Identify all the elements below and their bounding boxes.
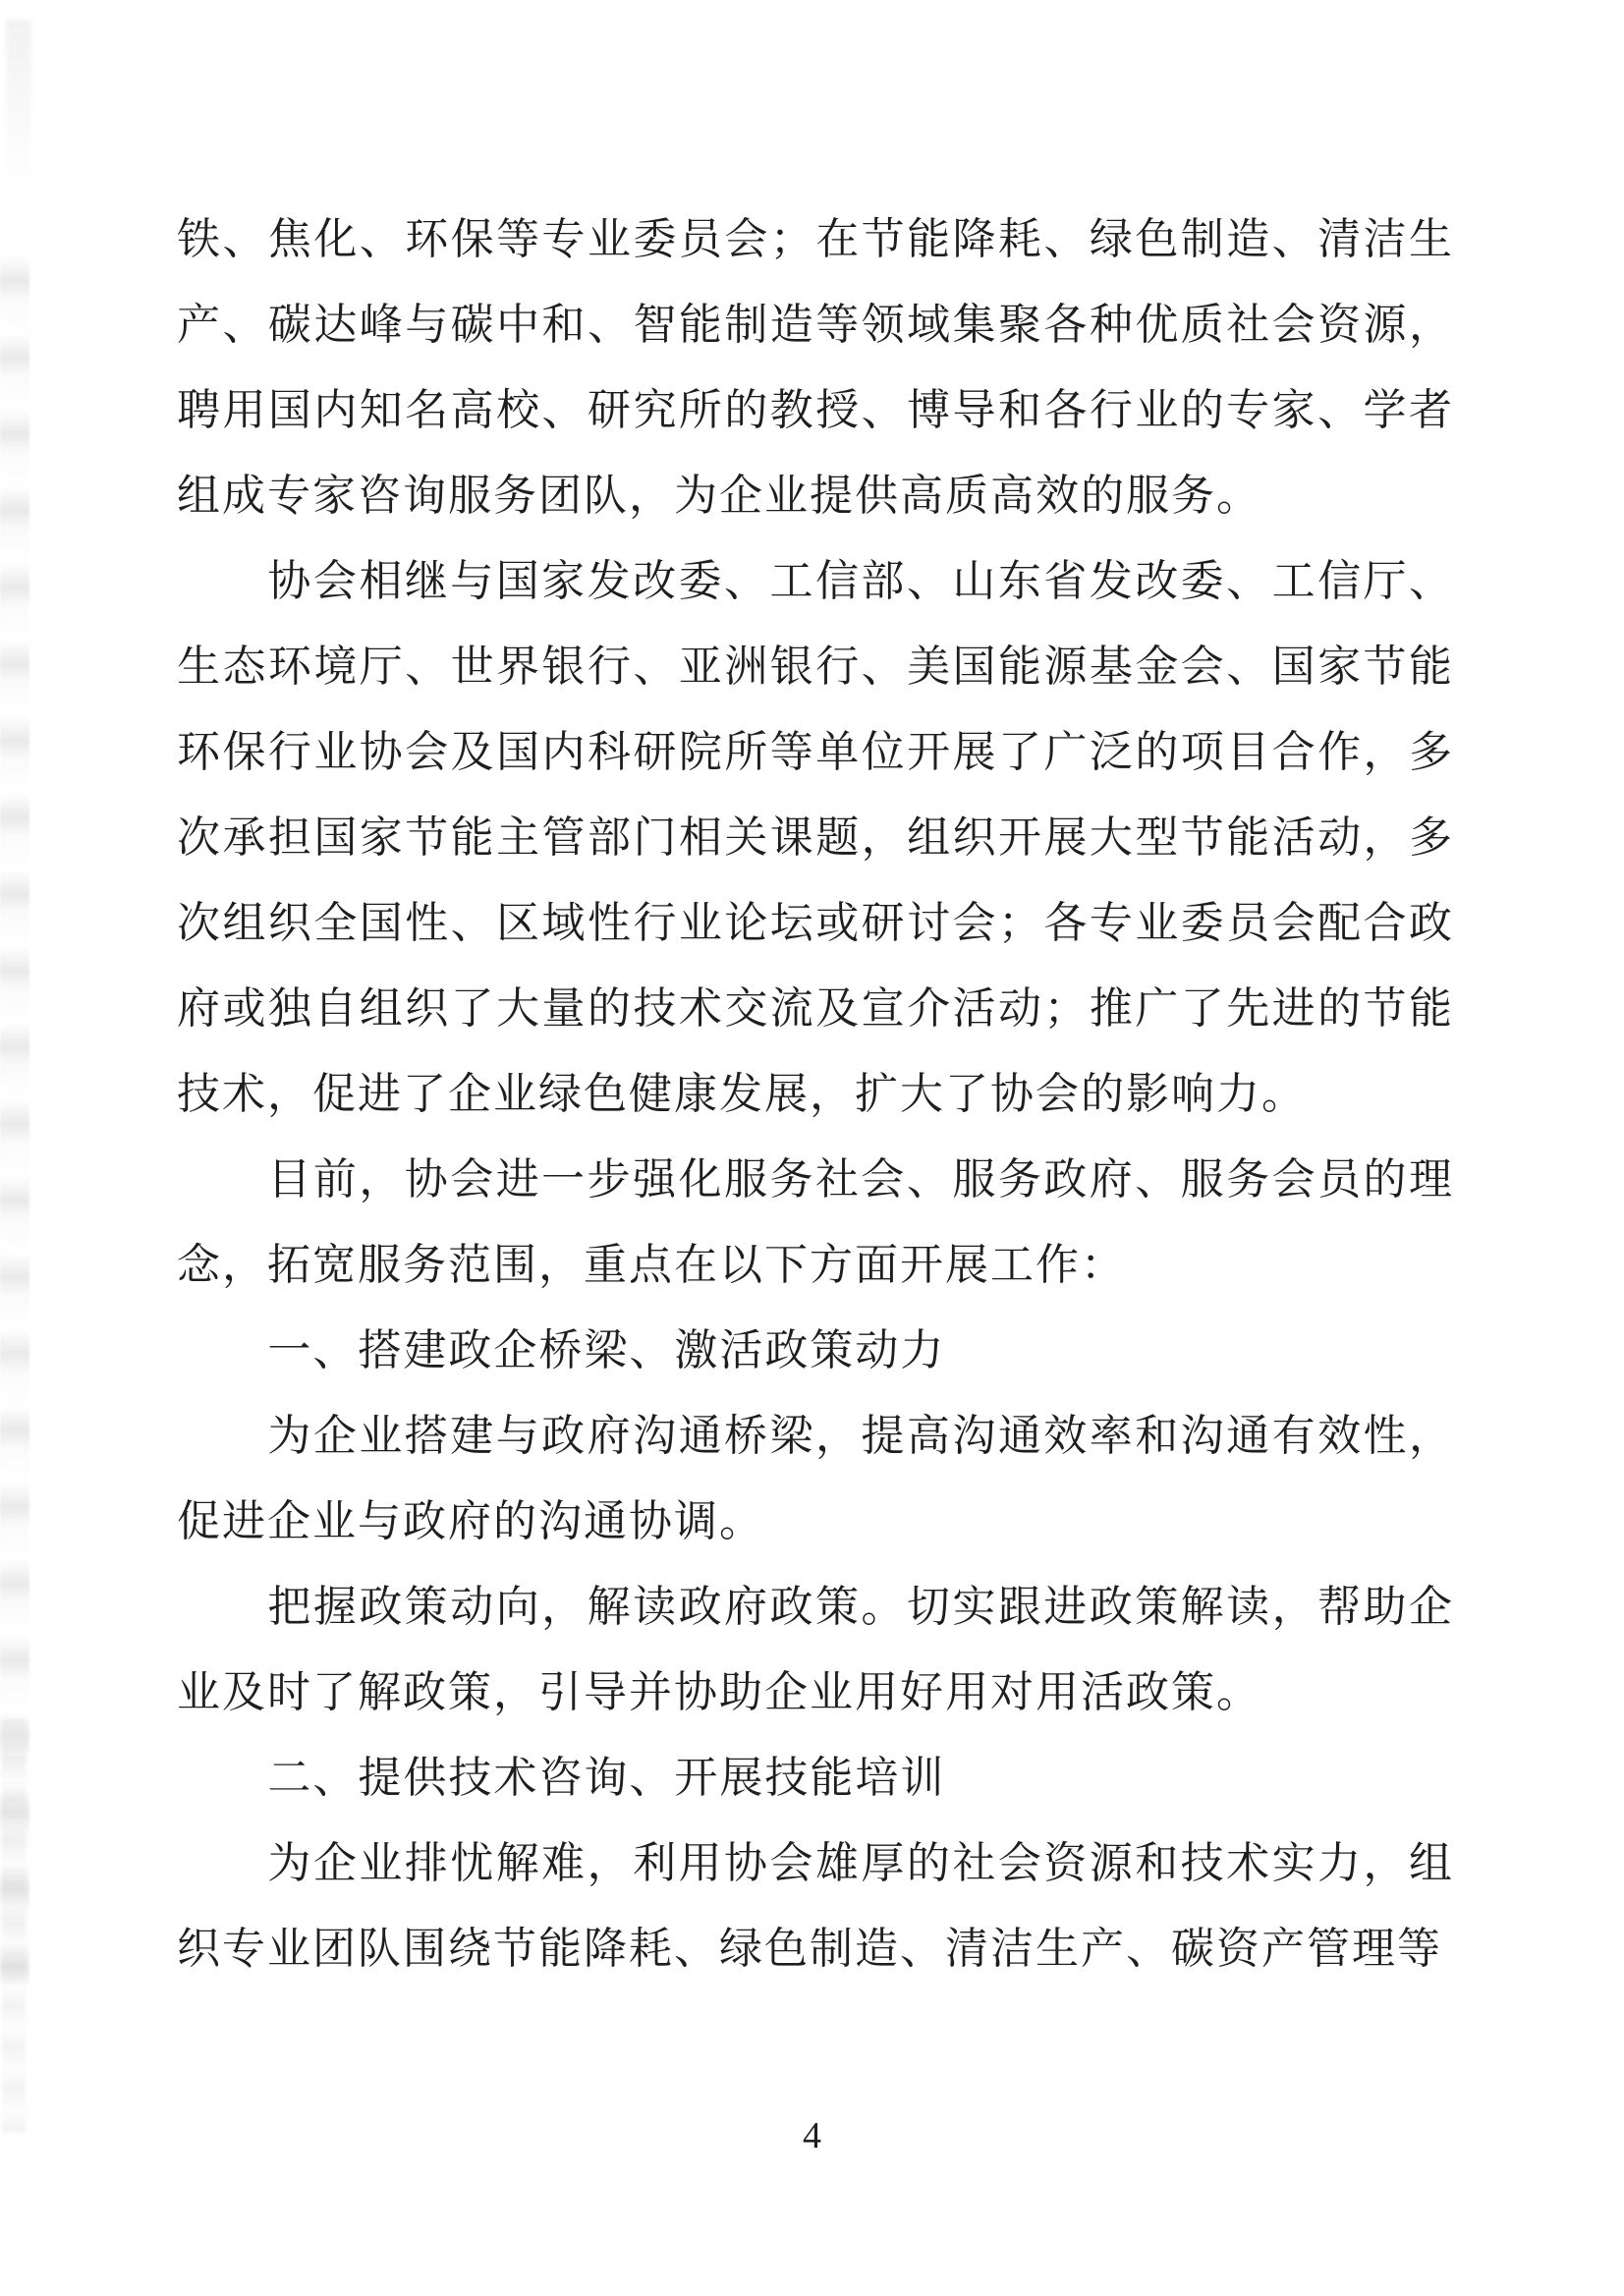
scan-noise-top-left <box>6 20 31 196</box>
document-body: 铁、焦化、环保等专业委员会；在节能降耗、绿色制造、清洁生产、碳达峰与碳中和、智能… <box>177 196 1454 1991</box>
paragraph: 为企业搭建与政府沟通桥梁，提高沟通效率和沟通有效性，促进企业与政府的沟通协调。 <box>177 1393 1454 1564</box>
paragraph: 目前，协会进一步强化服务社会、服务政府、服务会员的理念，拓宽服务范围，重点在以下… <box>177 1137 1454 1308</box>
paragraph: 为企业排忧解难，利用协会雄厚的社会资源和技术实力，组织专业团队围绕节能降耗、绿色… <box>177 1820 1454 1991</box>
paragraph-continuation: 铁、焦化、环保等专业委员会；在节能降耗、绿色制造、清洁生产、碳达峰与碳中和、智能… <box>177 196 1454 538</box>
paragraph: 协会相继与国家发改委、工信部、山东省发改委、工信厅、生态环境厅、世界银行、亚洲银… <box>177 538 1454 1137</box>
document-page: 铁、焦化、环保等专业委员会；在节能降耗、绿色制造、清洁生产、碳达峰与碳中和、智能… <box>0 0 1624 2296</box>
paragraph: 把握政策动向，解读政府政策。切实跟进政策解读，帮助企业及时了解政策，引导并协助企… <box>177 1564 1454 1735</box>
scan-noise-bottom-left <box>2 1719 26 2132</box>
section-heading-1: 一、搭建政企桥梁、激活政策动力 <box>177 1308 1454 1393</box>
section-heading-2: 二、提供技术咨询、开展技能培训 <box>177 1735 1454 1820</box>
page-number: 4 <box>0 2114 1624 2157</box>
